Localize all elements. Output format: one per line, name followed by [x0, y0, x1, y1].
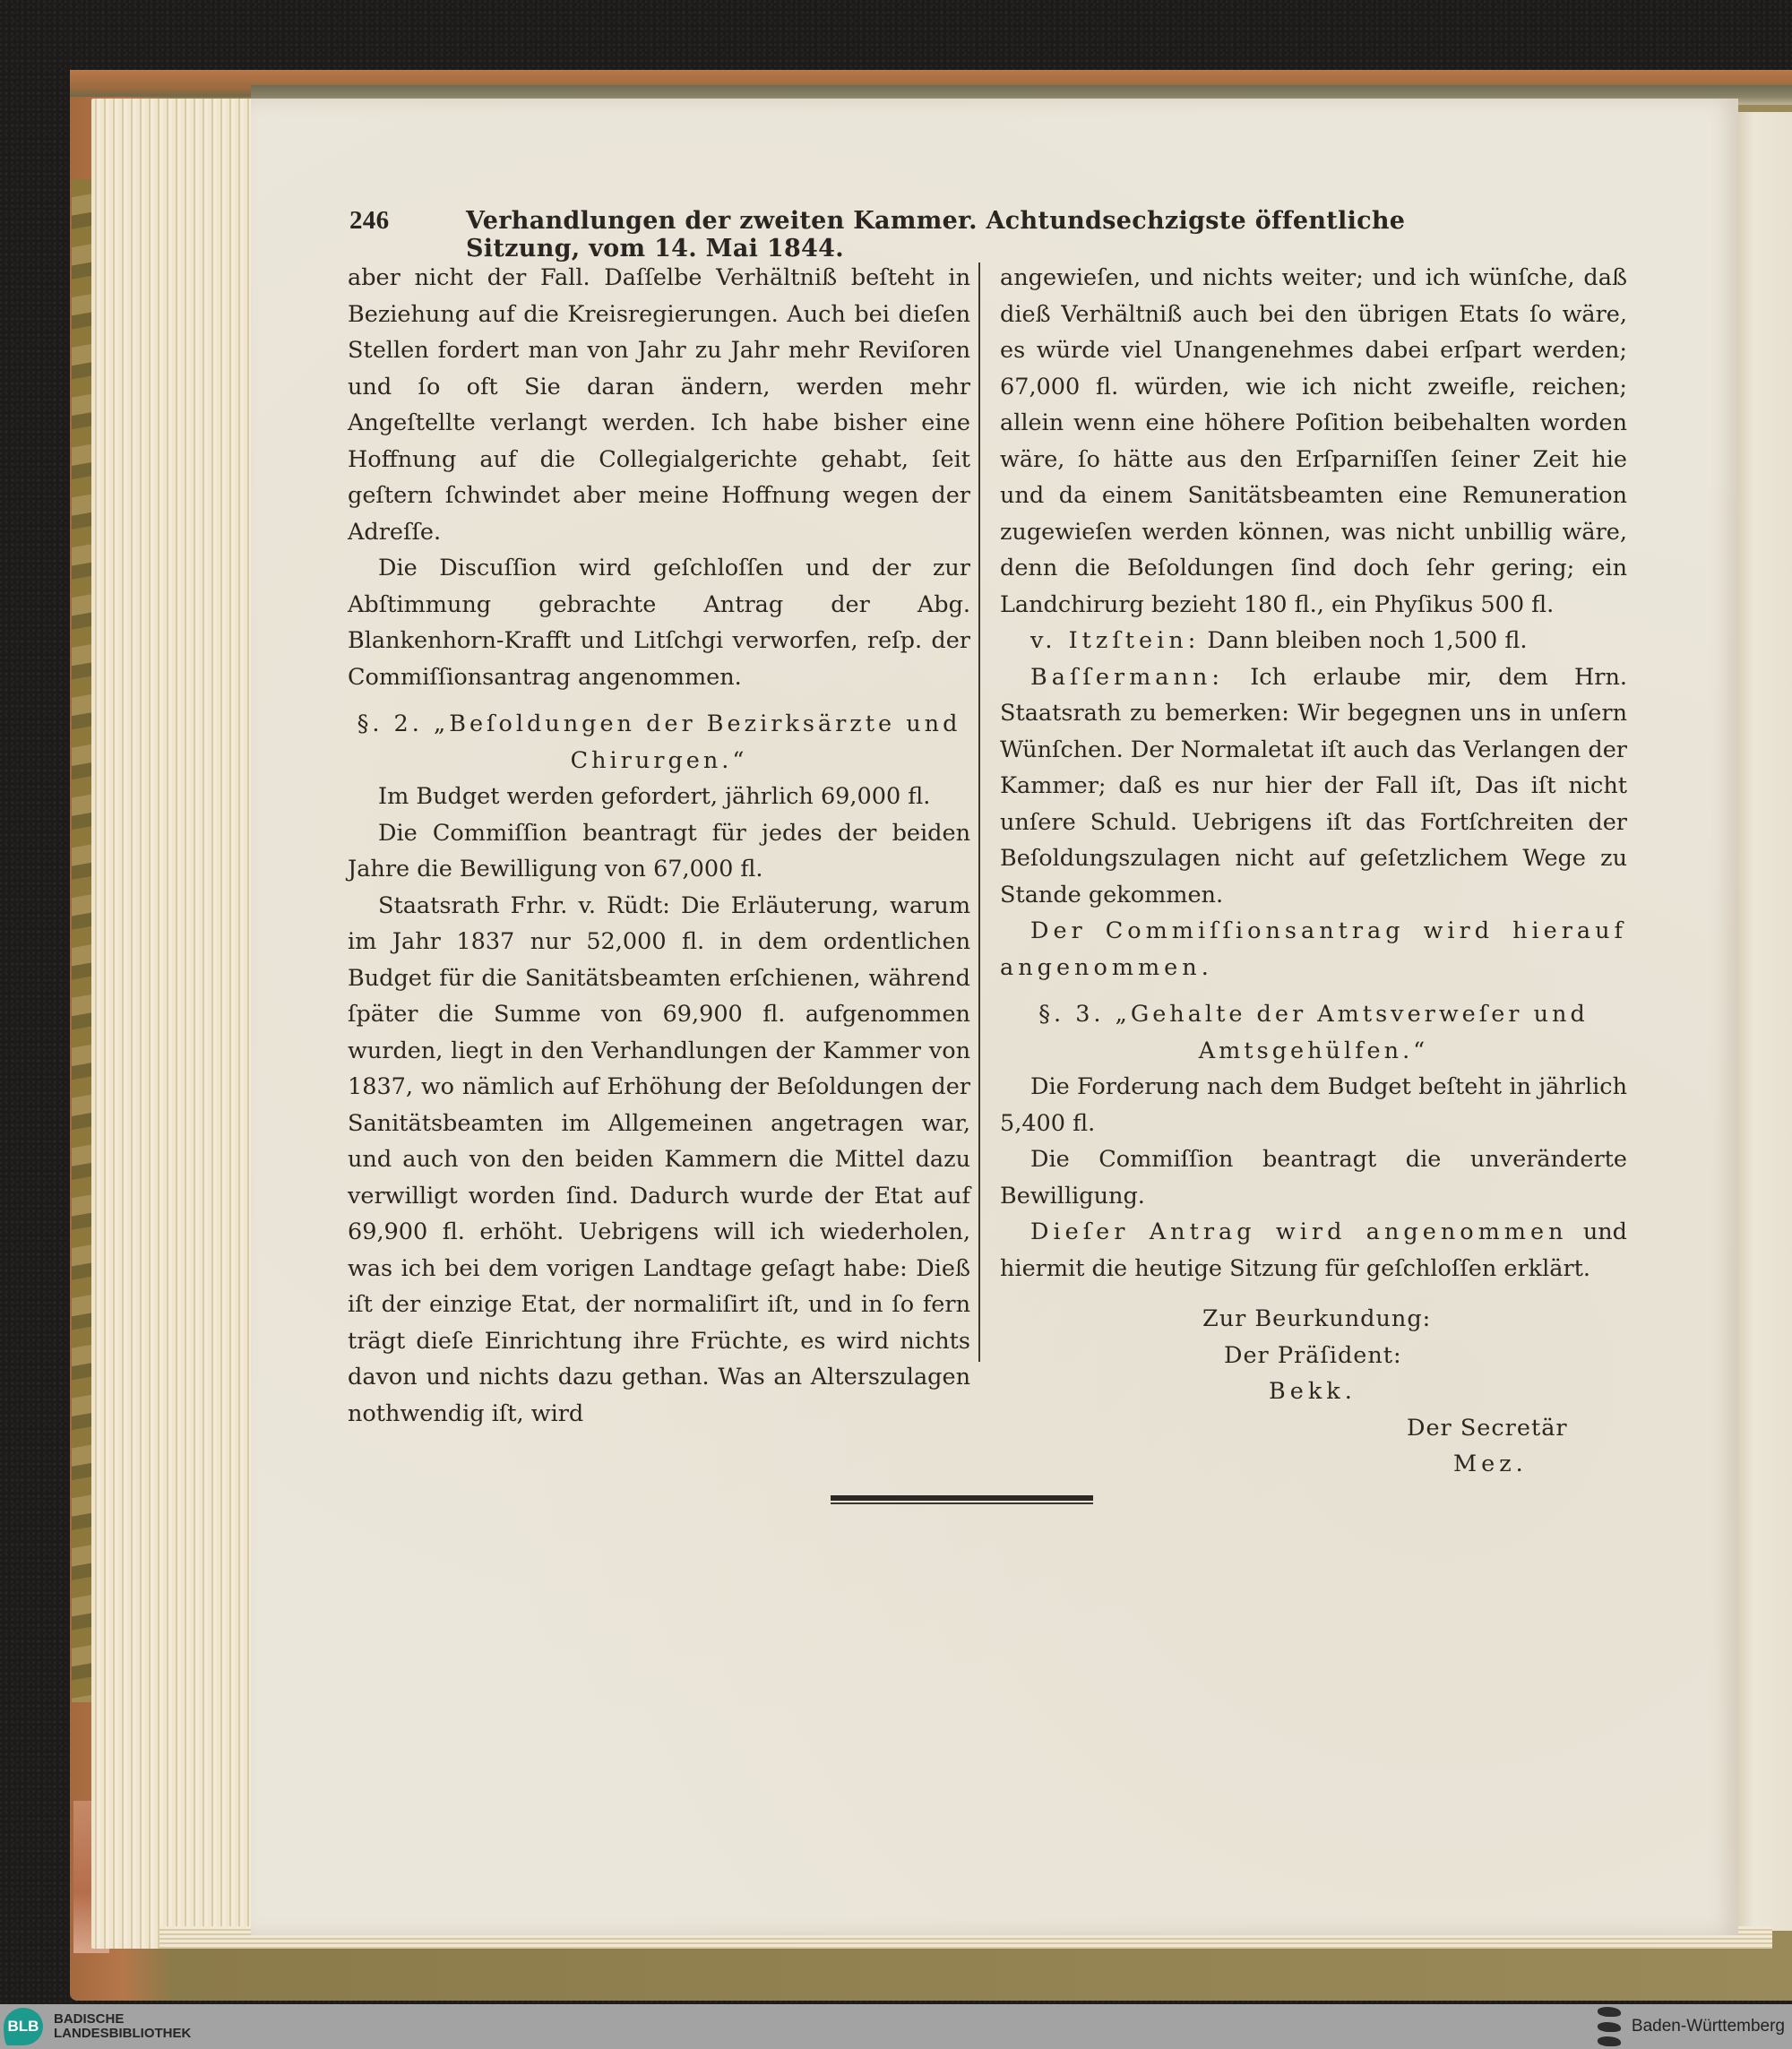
left-column: aber nicht der Fall. Daſſelbe Verhältniß… [348, 260, 970, 1432]
paragraph: Die Forderung nach dem Budget beſteht in… [1000, 1069, 1627, 1141]
paragraph: Im Budget werden gefordert, jährlich 69,… [348, 779, 970, 815]
blb-logo[interactable]: BLB BADISCHE LANDESBIBLIOTHEK [4, 2008, 191, 2045]
end-rule-thin [831, 1502, 1093, 1504]
running-title: Verhandlungen der zweiten Kammer. Achtun… [466, 207, 1514, 263]
right-column: angewieſen, und nichts weiter; und ich w… [1000, 260, 1627, 1483]
facing-page-edge [1735, 112, 1792, 1931]
paragraph: aber nicht der Fall. Daſſelbe Verhältniß… [348, 260, 970, 550]
page-number: 246 [349, 206, 466, 236]
library-name: BADISCHE LANDESBIBLIOTHEK [54, 2012, 191, 2041]
paragraph: Dieſer Antrag wird angenommen und hiermi… [1000, 1214, 1627, 1287]
paragraph: Die Discuſſion wird geſchloſſen und der … [348, 550, 970, 695]
secretary-title: Der Secretär [1000, 1410, 1627, 1447]
attestation: Zur Beurkundung: [1000, 1301, 1627, 1338]
bw-logo[interactable]: Baden-Württemberg [1598, 2007, 1785, 2046]
paragraph: Baſſermann: Ich erlaube mir, dem Hrn. St… [1000, 659, 1627, 914]
president-name: Bekk. [1000, 1373, 1627, 1410]
speaker-name: Baſſermann: [1030, 664, 1224, 691]
three-lions-icon [1598, 2007, 1621, 2046]
speaker-name: Staatsrath Frhr. v. Rüdt: [378, 892, 670, 919]
paragraph: v. Itzſtein: Dann bleiben noch 1,500 fl. [1000, 623, 1627, 659]
secretary-name: Mez. [1000, 1446, 1627, 1483]
paragraph: Die Commiſſion beantragt die unverändert… [1000, 1141, 1627, 1214]
paragraph: Der Commiſſionsantrag wird hierauf angen… [1000, 913, 1627, 986]
section-heading: §. 3. „Gehalte der Amtsverweſer und Amts… [1000, 996, 1627, 1069]
state-name: Baden-Württemberg [1632, 2017, 1785, 2036]
paragraph: Die Commiſſion beantragt für jedes der b… [348, 815, 970, 888]
page-stack-left [91, 99, 253, 1949]
footer-bar: BLB BADISCHE LANDESBIBLIOTHEK Baden-Würt… [0, 2004, 1792, 2049]
paragraph: angewieſen, und nichts weiter; und ich w… [1000, 260, 1627, 623]
blb-badge-icon: BLB [4, 2008, 43, 2045]
running-header: 246 Verhandlungen der zweiten Kammer. Ac… [349, 206, 1514, 242]
signature-block: Zur Beurkundung: Der Präſident: Bekk. De… [1000, 1301, 1627, 1483]
section-heading: §. 2. „Beſoldungen der Bezirksärzte und … [348, 706, 970, 779]
president-title: Der Präſident: [1000, 1338, 1627, 1374]
speaker-name: v. Itzſtein: [1030, 627, 1200, 654]
paragraph: Staatsrath Frhr. v. Rüdt: Die Erläuterun… [348, 888, 970, 1433]
column-divider [978, 263, 980, 1362]
end-rule [831, 1495, 1093, 1501]
